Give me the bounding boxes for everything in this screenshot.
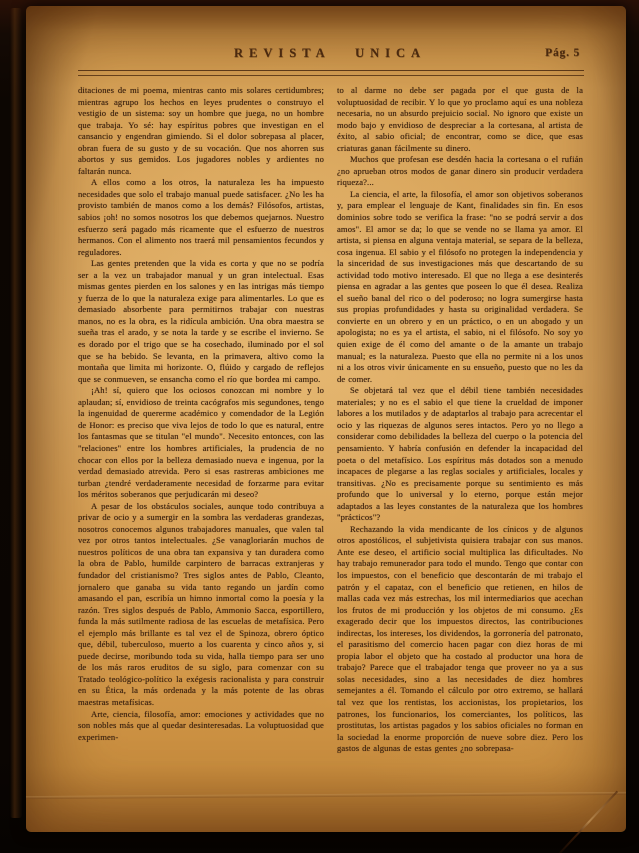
paragraph: La ciencia, el arte, la filosofía, el am… xyxy=(337,189,583,385)
paragraph: A pesar de los obstáculos sociales, aunq… xyxy=(78,501,324,709)
scanned-page: REVISTA UNICA Pág. 5 ditaciones de mi po… xyxy=(26,6,626,832)
scanned-book-photo: { "colors": { "paper": "#dba75f", "ink":… xyxy=(0,0,639,853)
paragraph: ¡Ah! sí, quiero que los ociosos conozcan… xyxy=(78,385,324,500)
paragraph: Se objetará tal vez que el débil tiene t… xyxy=(337,385,583,524)
page-header: REVISTA UNICA Pág. 5 xyxy=(78,46,582,66)
book-gutter-edge xyxy=(10,8,22,818)
text-columns: ditaciones de mi poema, mientras canto m… xyxy=(78,85,584,803)
journal-title: REVISTA UNICA xyxy=(78,46,582,61)
paragraph: Arte, ciencia, filosofía, amor: emocione… xyxy=(78,709,324,744)
header-double-rule xyxy=(78,70,584,76)
paragraph: Muchos que profesan ese desdén hacia la … xyxy=(337,154,583,189)
left-column: ditaciones de mi poema, mientras canto m… xyxy=(78,85,324,803)
right-column: to al darme no debe ser pagada por el qu… xyxy=(337,85,583,803)
paragraph: Rechazando la vida mendicante de los cín… xyxy=(337,524,583,755)
page-number: Pág. 5 xyxy=(545,47,580,59)
paragraph: to al darme no debe ser pagada por el qu… xyxy=(337,85,583,154)
paragraph: Las gentes pretenden que la vida es cort… xyxy=(78,258,324,385)
paragraph: ditaciones de mi poema, mientras canto m… xyxy=(78,85,324,177)
paragraph: A ellos como a los otros, la naturaleza … xyxy=(78,177,324,258)
